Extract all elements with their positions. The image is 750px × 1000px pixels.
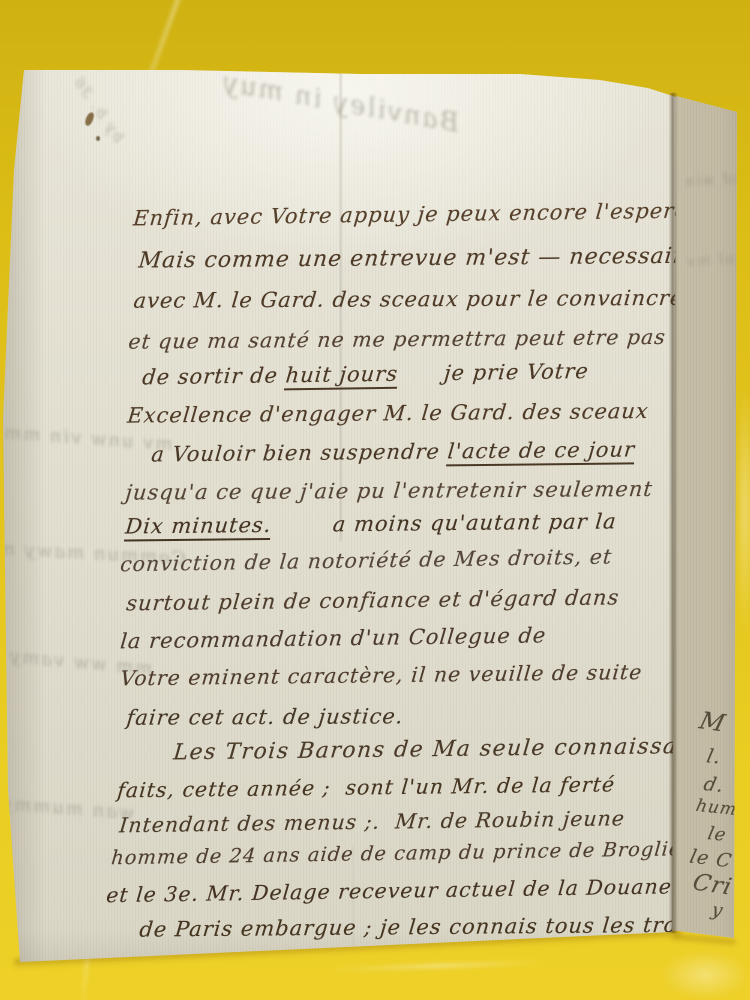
ink-blot xyxy=(96,136,100,141)
second-page-text-fragment: d. xyxy=(702,773,727,797)
handwritten-line: de Paris embargue ; je les connais tous … xyxy=(90,889,700,966)
show-through-fragment: mul mv xyxy=(685,250,750,270)
second-page-text-fragment: y xyxy=(710,900,726,922)
show-through-fragment: by b. 36 xyxy=(69,72,128,145)
photo-of-handwritten-letter: and win mul mv M l. d. hum le le C Cri y… xyxy=(0,0,750,1000)
background-crease xyxy=(735,380,750,640)
second-page-text-fragment: le xyxy=(706,823,729,846)
background-crease xyxy=(330,960,545,972)
line-text: de Paris embargue ; je les connais tous … xyxy=(138,913,698,942)
show-through-fragment: and win xyxy=(683,170,750,191)
second-page-text-fragment: Cri xyxy=(690,870,735,901)
show-through-fragment: Banviley in muy xyxy=(219,67,461,138)
second-page-text-fragment: le C xyxy=(688,846,735,873)
page-fold-shadow xyxy=(669,93,677,933)
second-page-text-fragment: l. xyxy=(705,745,724,768)
letter-page: Banviley in muy by b. 36 mv unw vin mm C… xyxy=(0,0,750,1000)
second-page-text-fragment: M xyxy=(697,707,729,738)
second-page-text-fragment: hum xyxy=(694,796,739,820)
background-crease xyxy=(660,950,750,1000)
